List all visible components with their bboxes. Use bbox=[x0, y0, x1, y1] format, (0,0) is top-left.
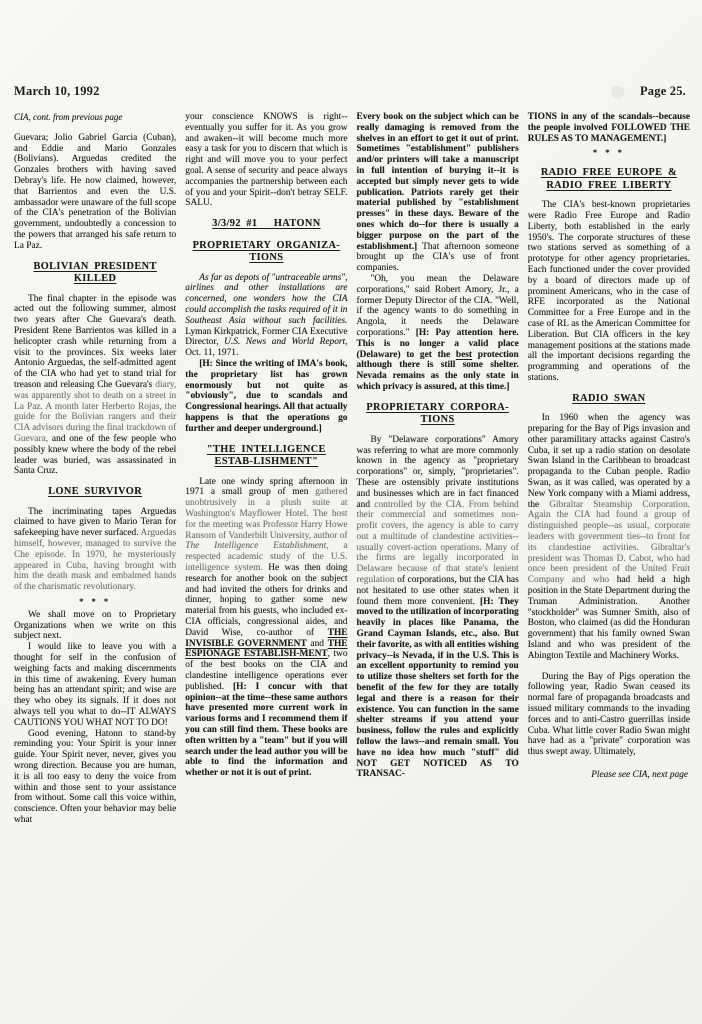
text-run: Every book on the subject which can be r… bbox=[357, 112, 519, 252]
text-run: best bbox=[456, 350, 472, 360]
section-heading: RADIO FREE EUROPE & RADIO FREE LIBERTY bbox=[532, 167, 686, 192]
text-run: had held a high position in the State De… bbox=[528, 575, 690, 661]
text-run: BOLIVIAN PRESIDENT KILLED bbox=[33, 261, 156, 285]
paragraph: The incriminating tapes Arguedas claimed… bbox=[14, 507, 176, 593]
text-run: RADIO SWAN bbox=[572, 393, 645, 404]
section-heading: PROPRIETARY ORGANIZA-TIONS bbox=[189, 240, 343, 265]
text-run: Gibraltar Steamship Corporation. Again t… bbox=[528, 500, 690, 586]
section-heading: RADIO SWAN bbox=[532, 393, 686, 406]
column-4: TIONS in any of the scandals--because th… bbox=[528, 112, 690, 964]
section-heading: LONE SURVIVOR bbox=[18, 486, 172, 499]
separator-stars: * * * bbox=[14, 596, 176, 607]
paragraph: [H: Since the writing of IMA's book, the… bbox=[185, 359, 347, 435]
page-header: March 10, 1992 Page 25. bbox=[14, 84, 686, 99]
paragraph: We shall move on to Proprietary Organiza… bbox=[14, 610, 176, 642]
text-run: Please see CIA, next page bbox=[591, 770, 688, 780]
paragraph: As far as depots of "untraceable arms", … bbox=[185, 273, 347, 359]
separator-stars: * * * bbox=[528, 147, 690, 158]
text-run: * * * bbox=[593, 147, 625, 157]
text-run: The Intelligence Establishment bbox=[185, 541, 326, 551]
text-run: U.S. News and World Report bbox=[224, 337, 345, 347]
paragraph: I would like to leave you with a thought… bbox=[14, 642, 176, 728]
paragraph: Every book on the subject which can be r… bbox=[357, 112, 519, 274]
paragraph: By "Delaware corporations" Amory was ref… bbox=[357, 435, 519, 781]
text-run: [H: I concur with that opinion--at the t… bbox=[185, 682, 347, 778]
text-run: As far as depots of "untraceable arms", … bbox=[185, 273, 347, 326]
text-run: 3/3/92 #1 HATONN bbox=[212, 218, 320, 229]
column-2: your conscience KNOWS is right--eventual… bbox=[185, 112, 347, 964]
column-3: Every book on the subject which can be r… bbox=[357, 112, 519, 964]
text-run: LONE SURVIVOR bbox=[48, 486, 142, 497]
page-date: March 10, 1992 bbox=[14, 84, 100, 99]
section-heading: 3/3/92 #1 HATONN bbox=[189, 218, 343, 231]
text-run: [H: Since the writing of IMA's book, the… bbox=[185, 359, 347, 434]
text-run: [H: They moved to the utilization of inc… bbox=[357, 597, 519, 780]
text-run: PROPRIETARY ORGANIZA-TIONS bbox=[193, 240, 341, 264]
text-run: In 1960 when the agency was preparing fo… bbox=[528, 413, 690, 509]
section-heading: PROPRIETARY CORPORA-TIONS bbox=[361, 402, 515, 427]
column-1: CIA, cont. from previous pageGuevara; Jo… bbox=[14, 112, 176, 964]
text-run: and bbox=[307, 639, 328, 649]
paragraph: In 1960 when the agency was preparing fo… bbox=[528, 413, 690, 661]
text-run: We shall move on to Proprietary Organiza… bbox=[14, 610, 176, 642]
paragraph: The final chapter in the episode was act… bbox=[14, 294, 176, 478]
paragraph: The CIA's best-known proprietaries were … bbox=[528, 200, 690, 384]
paragraph: Late one windy spring afternoon in 1971 … bbox=[185, 477, 347, 779]
text-run: CIA, cont. from previous page bbox=[14, 112, 122, 122]
text-run: The CIA's best-known proprietaries were … bbox=[528, 200, 690, 383]
columns: CIA, cont. from previous pageGuevara; Jo… bbox=[14, 112, 690, 964]
page-number: Page 25. bbox=[640, 84, 686, 99]
text-run: controlled by the CIA. From behind their… bbox=[357, 500, 519, 586]
paragraph: your conscience KNOWS is right--eventual… bbox=[185, 112, 347, 209]
text-run: * * * bbox=[79, 596, 111, 606]
paragraph: TIONS in any of the scandals--because th… bbox=[528, 112, 690, 144]
paragraph: During the Bay of Pigs operation the fol… bbox=[528, 672, 690, 758]
section-heading: "THE INTELLIGENCE ESTAB-LISHMENT" bbox=[189, 444, 343, 469]
text-run: I would like to leave you with a thought… bbox=[14, 642, 176, 728]
continued-next-page-note: Please see CIA, next page bbox=[528, 770, 690, 781]
text-run: By "Delaware corporations" Amory was ref… bbox=[357, 435, 519, 510]
continuation-note: CIA, cont. from previous page bbox=[14, 112, 176, 123]
text-run: The final chapter in the episode was act… bbox=[14, 294, 176, 390]
paragraph: Guevara; Jolio Gabriel Garcia (Cuban), a… bbox=[14, 133, 176, 252]
text-run: He was then doing research for another b… bbox=[185, 563, 347, 638]
text-run: During the Bay of Pigs operation the fol… bbox=[528, 672, 690, 758]
text-run: Good evening, Hatonn to stand-by remindi… bbox=[14, 729, 176, 825]
text-run: RADIO FREE EUROPE & RADIO FREE LIBERTY bbox=[541, 167, 677, 191]
text-run: "THE INTELLIGENCE ESTAB-LISHMENT" bbox=[207, 444, 326, 468]
paragraph: "Oh, you mean the Delaware corporations,… bbox=[357, 274, 519, 393]
section-heading: BOLIVIAN PRESIDENT KILLED bbox=[18, 261, 172, 286]
scanned-newsletter-page: March 10, 1992 Page 25. CIA, cont. from … bbox=[0, 0, 702, 1024]
paragraph: Good evening, Hatonn to stand-by remindi… bbox=[14, 729, 176, 826]
text-run: your conscience KNOWS is right--eventual… bbox=[185, 112, 347, 208]
text-run: PROPRIETARY CORPORA-TIONS bbox=[366, 402, 509, 426]
text-run: Guevara; Jolio Gabriel Garcia (Cuban), a… bbox=[14, 133, 176, 251]
text-run: TIONS in any of the scandals--because th… bbox=[528, 112, 690, 144]
